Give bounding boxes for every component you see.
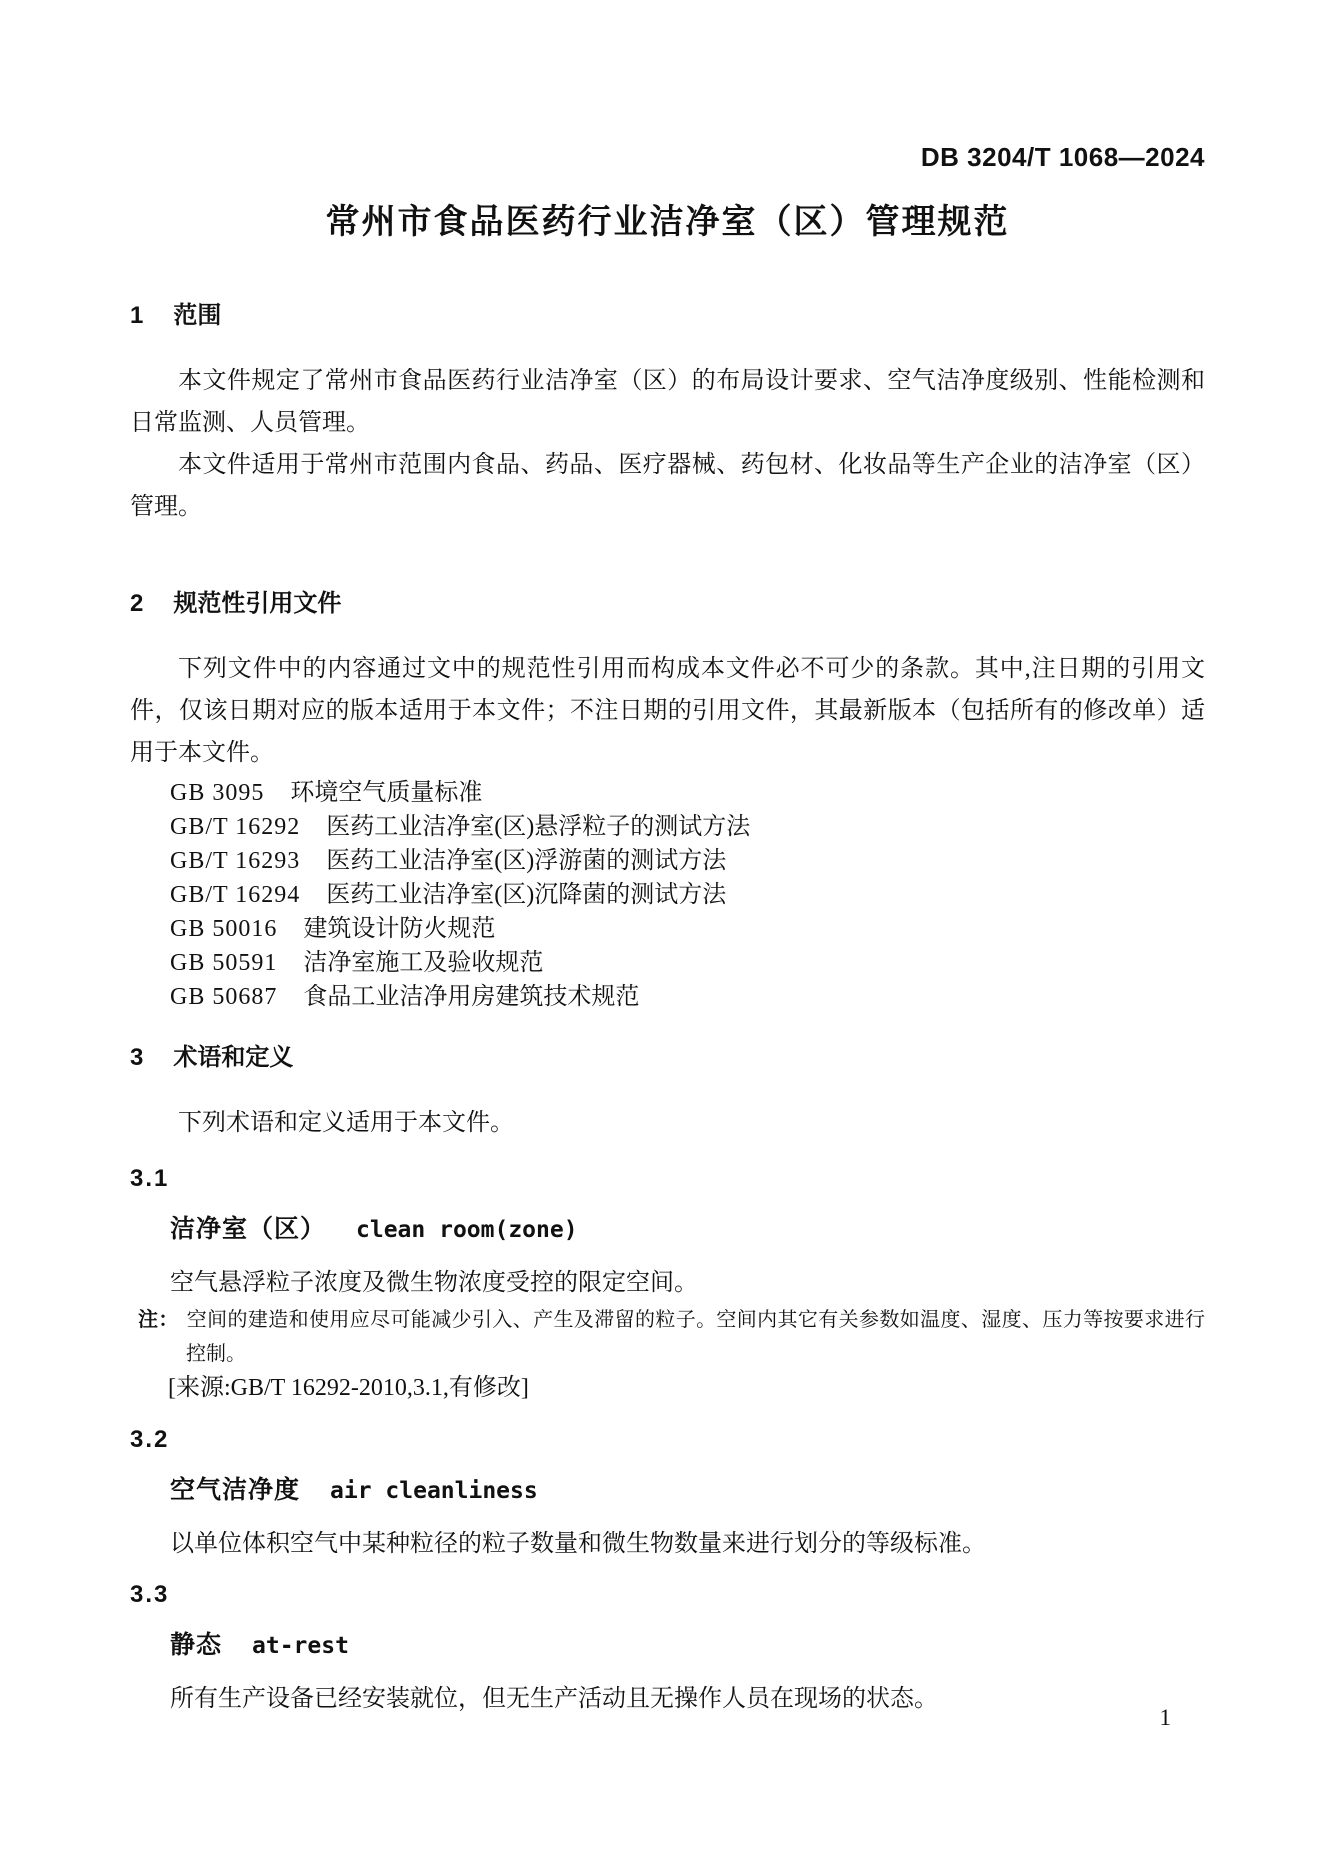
term-en-label: air cleanliness — [330, 1478, 538, 1504]
term-number-3-1: 3.1 — [130, 1164, 1205, 1194]
reference-code: GB/T 16293 — [170, 844, 300, 878]
term-heading-3-2: 空气洁净度air cleanliness — [170, 1473, 1205, 1508]
term-zh-label: 静态 — [170, 1631, 222, 1659]
references-intro: 下列文件中的内容通过文中的规范性引用而构成本文件必不可少的条款。其中,注日期的引… — [130, 648, 1205, 774]
page-number: 1 — [1160, 1703, 1172, 1733]
term-heading-3-1: 洁净室（区）clean room(zone) — [170, 1212, 1205, 1247]
reference-code: GB 50591 — [170, 946, 277, 980]
reference-item: GB 3095环境空气质量标准 — [170, 776, 1205, 810]
reference-title: 医药工业洁净室(区)悬浮粒子的测试方法 — [326, 814, 750, 840]
reference-title: 医药工业洁净室(区)沉降菌的测试方法 — [326, 882, 726, 908]
term-number-3-2: 3.2 — [130, 1425, 1205, 1455]
reference-code: GB 50687 — [170, 980, 277, 1014]
section-1-heading: 1范围 — [130, 300, 1205, 332]
note-label: 注： — [138, 1309, 179, 1331]
reference-item: GB/T 16294医药工业洁净室(区)沉降菌的测试方法 — [170, 878, 1205, 912]
reference-code: GB/T 16294 — [170, 878, 300, 912]
reference-item: GB 50591洁净室施工及验收规范 — [170, 946, 1205, 980]
reference-title: 环境空气质量标准 — [290, 780, 482, 806]
term-en-label: at-rest — [252, 1633, 349, 1659]
reference-title: 洁净室施工及验收规范 — [303, 950, 543, 976]
term-heading-3-3: 静态at-rest — [170, 1628, 1205, 1663]
term-zh-label: 洁净室（区） — [170, 1215, 326, 1243]
reference-title: 食品工业洁净用房建筑技术规范 — [303, 984, 639, 1010]
reference-code: GB/T 16292 — [170, 810, 300, 844]
term-note-3-1: 注：空间的建造和使用应尽可能减少引入、产生及滞留的粒子。空间内其它有关参数如温度… — [134, 1303, 1205, 1371]
doc-number: DB 3204/T 1068—2024 — [130, 142, 1205, 172]
terms-intro: 下列术语和定义适用于本文件。 — [130, 1102, 1205, 1144]
reference-title: 建筑设计防火规范 — [303, 916, 495, 942]
section-label: 规范性引用文件 — [173, 590, 341, 617]
term-source-3-1: [来源:GB/T 16292-2010,3.1,有修改] — [168, 1371, 1205, 1405]
term-definition-3-2: 以单位体积空气中某种粒径的粒子数量和微生物数量来进行划分的等级标准。 — [170, 1524, 1205, 1564]
term-definition-3-3: 所有生产设备已经安装就位，但无生产活动且无操作人员在现场的状态。 — [170, 1679, 1205, 1719]
section-label: 术语和定义 — [173, 1044, 293, 1071]
section-number: 1 — [130, 300, 143, 332]
section-number: 2 — [130, 588, 143, 620]
reference-item: GB/T 16293医药工业洁净室(区)浮游菌的测试方法 — [170, 844, 1205, 878]
reference-list: GB 3095环境空气质量标准 GB/T 16292医药工业洁净室(区)悬浮粒子… — [130, 776, 1205, 1014]
section-number: 3 — [130, 1042, 143, 1074]
reference-item: GB/T 16292医药工业洁净室(区)悬浮粒子的测试方法 — [170, 810, 1205, 844]
section-3-heading: 3术语和定义 — [130, 1042, 1205, 1074]
section-2-heading: 2规范性引用文件 — [130, 588, 1205, 620]
reference-title: 医药工业洁净室(区)浮游菌的测试方法 — [326, 848, 726, 874]
term-definition-3-1: 空气悬浮粒子浓度及微生物浓度受控的限定空间。 — [170, 1263, 1205, 1303]
note-text: 空间的建造和使用应尽可能减少引入、产生及滞留的粒子。空间内其它有关参数如温度、湿… — [186, 1309, 1205, 1365]
document-page: DB 3204/T 1068—2024 常州市食品医药行业洁净室（区）管理规范 … — [0, 0, 1323, 1871]
term-en-label: clean room(zone) — [356, 1217, 578, 1243]
scope-paragraph-1: 本文件规定了常州市食品医药行业洁净室（区）的布局设计要求、空气洁净度级别、性能检… — [130, 360, 1205, 444]
reference-code: GB 3095 — [170, 776, 264, 810]
reference-item: GB 50687食品工业洁净用房建筑技术规范 — [170, 980, 1205, 1014]
term-zh-label: 空气洁净度 — [170, 1476, 300, 1504]
reference-item: GB 50016建筑设计防火规范 — [170, 912, 1205, 946]
section-label: 范围 — [173, 302, 221, 329]
scope-paragraph-2: 本文件适用于常州市范围内食品、药品、医疗器械、药包材、化妆品等生产企业的洁净室（… — [130, 444, 1205, 528]
page-title: 常州市食品医药行业洁净室（区）管理规范 — [130, 198, 1205, 246]
reference-code: GB 50016 — [170, 912, 277, 946]
term-number-3-3: 3.3 — [130, 1580, 1205, 1610]
